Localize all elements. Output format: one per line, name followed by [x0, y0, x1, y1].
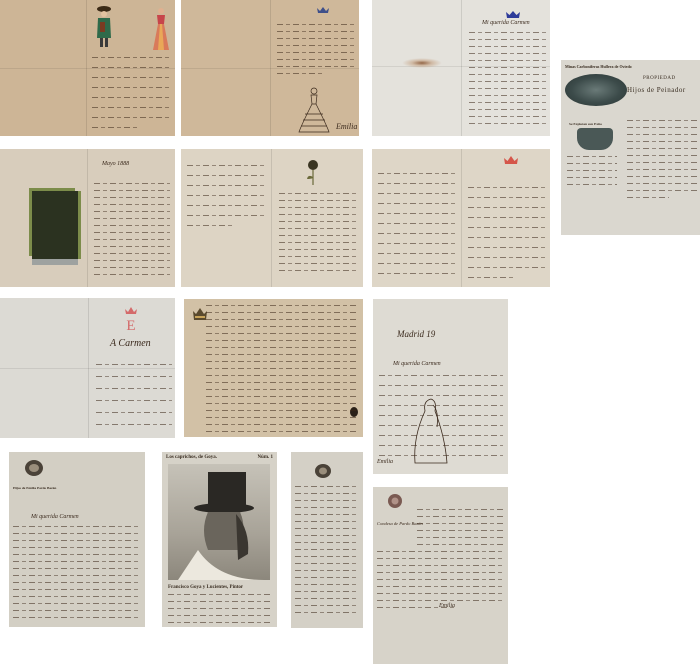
signature: Emilia [439, 603, 455, 609]
signature: Emilia [336, 122, 357, 131]
letter-madrid-sketch: Madrid 19 Mi querida Carmen Emilia [373, 299, 508, 474]
letter-fabric-swatch: Mayo 1888 [0, 149, 175, 287]
crest-icon [313, 462, 333, 480]
greeting: Mi querida Carmen [393, 361, 441, 367]
crest-icon [387, 493, 403, 509]
letterhead-stamp: Se Explotan con Exito [569, 122, 602, 126]
letter-blue-crown: Mi querida Carmen [372, 0, 550, 136]
fabric-swatch [32, 191, 78, 259]
crinoline-sketch-icon [297, 86, 331, 134]
typed-letter-condesa: Condesa de Pardo Bazán Emilia [373, 487, 508, 664]
letter-a-carmen: E A Carmen [0, 298, 175, 438]
letter-crest-narrow [291, 452, 363, 628]
print-caption: Francisco Goya y Lucientes, Pintor [168, 585, 243, 590]
mine-engraving [565, 74, 627, 106]
greeting: Mi querida Carmen [31, 514, 79, 520]
cutout-man-icon [94, 4, 114, 50]
fold-line [461, 149, 462, 287]
letterhead-title: PROPIEDAD [643, 76, 676, 81]
goya-portrait [168, 464, 270, 580]
fold-line [87, 149, 88, 287]
letter-crest [184, 299, 363, 437]
heading: Madrid 19 [397, 329, 435, 339]
letterhead-company: Minas Carboníferas Hullera de Oviedo [565, 64, 632, 69]
cloaked-figure-sketch-icon [409, 397, 449, 467]
svg-text:E: E [126, 318, 135, 332]
goya-caprichos-print: Los caprichos, de Goya. Núm. 1 Francisco… [162, 452, 277, 627]
signature: Emilia [377, 459, 393, 465]
letter-red-crown [372, 149, 550, 287]
letterhead-title: Condesa de Pardo Bazán [377, 521, 423, 526]
crown-icon [504, 155, 518, 164]
heading: A Carmen [110, 338, 151, 349]
fold-line [271, 149, 272, 287]
greeting: Mi querida Carmen [482, 20, 530, 26]
print-header-number: Núm. 1 [257, 455, 273, 460]
letter-figures [0, 0, 175, 136]
portrait-figure-icon [178, 470, 264, 580]
fold-line [461, 0, 462, 136]
cutout-lady-icon [152, 6, 170, 52]
stain [402, 58, 442, 68]
swatch-band [32, 259, 78, 265]
coat-of-arms [577, 128, 613, 150]
print-header-title: Los caprichos, de Goya. [166, 455, 217, 460]
date: Mayo 1888 [102, 161, 129, 167]
monogram-crown-icon: E [124, 306, 138, 332]
letterhead-title: Hijos de Emilia Pardo Bazán [13, 486, 56, 490]
letterhead-hijos-de-peinador: Minas Carboníferas Hullera de Oviedo PRO… [561, 60, 700, 235]
letter-crinoline-sketch: Emilia [181, 0, 359, 136]
crest-icon [23, 458, 45, 478]
letterhead-owner: Hijos de Peinador [627, 86, 686, 94]
pressed-flower-icon [305, 159, 321, 187]
letterhead-hijos-pardo-bazan: Hijos de Emilia Pardo Bazán Mi querida C… [9, 452, 145, 627]
letter-pressed-flower [181, 149, 363, 287]
crown-icon [506, 10, 520, 18]
crown-icon [317, 6, 329, 13]
